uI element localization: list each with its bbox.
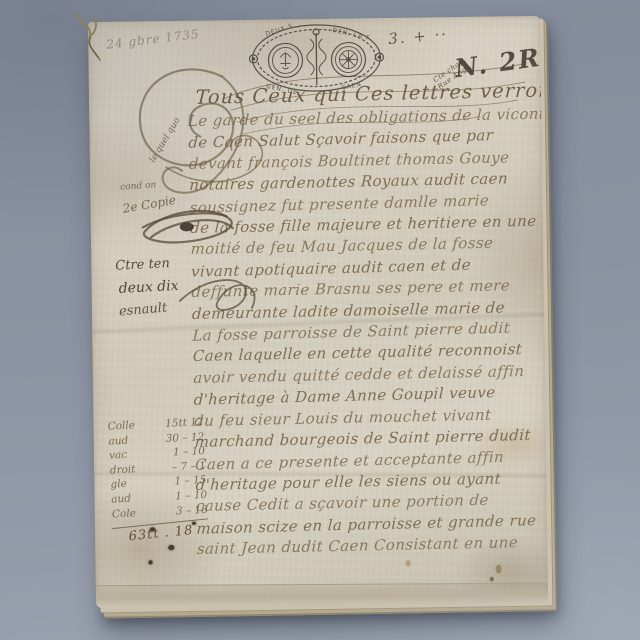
manuscript-text-block: Tous Ceux qui Ces lettres verront Le gar… bbox=[187, 77, 548, 561]
ink-scribble bbox=[134, 198, 245, 260]
binding-thread bbox=[74, 12, 108, 64]
stamp-band-top-right: DEN. LA F. bbox=[332, 27, 373, 42]
fee-label: Cole bbox=[112, 506, 143, 522]
manuscript-page: 24 gbre 1735 bbox=[88, 16, 548, 608]
fee-label: gle bbox=[110, 477, 141, 493]
fee-label: vac bbox=[109, 447, 140, 463]
fee-label: aud bbox=[108, 433, 139, 449]
paper-hole bbox=[168, 545, 174, 550]
photo-scene: 24 gbre 1735 bbox=[0, 0, 640, 640]
paper-hole bbox=[148, 560, 152, 564]
margin-note-esnault: esnault bbox=[118, 300, 167, 319]
stain-spot bbox=[405, 560, 410, 567]
fee-label: droit bbox=[109, 462, 140, 478]
paper-hole bbox=[150, 527, 155, 531]
margin-flourish bbox=[175, 266, 266, 317]
fee-amount: 1 – 10 bbox=[173, 444, 206, 460]
fee-label: Colle bbox=[107, 418, 138, 434]
fee-label: aud bbox=[111, 491, 142, 507]
margin-note-ctre: Ctre ten bbox=[115, 256, 170, 274]
fee-amount: 1 – 10 bbox=[175, 488, 208, 504]
stain-spot bbox=[490, 577, 494, 582]
stain-spot bbox=[496, 564, 502, 573]
margin-note-deux: deux dix bbox=[118, 278, 179, 297]
fee-amount: 3 – 18 bbox=[176, 502, 209, 518]
fee-amount: 1 – 15 bbox=[174, 473, 207, 489]
paper-hole bbox=[192, 522, 196, 525]
